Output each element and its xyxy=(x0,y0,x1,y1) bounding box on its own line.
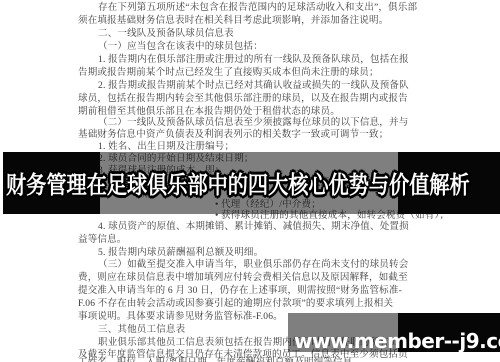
doc-line: 事项说明。具体要求请参见财务监管标准-F.06。 xyxy=(78,312,283,323)
doc-line: 基础财务信息中资产负债表及利润表列示的相关数字一致或可调节一致； xyxy=(78,130,388,141)
article-headline: 财务管理在足球俱乐部中的四大核心优势与价值解析 xyxy=(6,170,476,200)
doc-line: 4. 球员资产的原值、本期摊销、累计摊销、减值损失、期末净值、处置损 xyxy=(98,222,409,233)
doc-line: 三、其他员工信息表 xyxy=(98,325,185,336)
doc-line: 提交准入申请当年的 6 月 30 日，仍存在上述事项，则需按照“财务监管标准- xyxy=(78,286,402,297)
doc-line: 1. 报告期内在俱乐部注册或注册过的所有一线队及预备队球员，包括在报 xyxy=(98,55,409,66)
doc-line: 告期或报告期前某个时点已经发生了直接购买成本但尚未注册的球员； xyxy=(78,68,379,79)
doc-line: 期前租借至其他俱乐部且在本报告期仍处于租借状态的球员。 xyxy=(78,107,340,118)
doc-line: （二）一线队及预备队球员信息表至少须披露每位球员的以下信息，并与 xyxy=(98,118,408,129)
doc-line: 工姓名、职位、入职/离职日期、年度薪酬福利总额及明细等信息。 xyxy=(78,358,362,362)
screenshot-root: 存在下列第五项所述“未包含在报告范围内的足球活动收入和支出”，俱乐部须在填报基础… xyxy=(0,0,500,362)
doc-line: 费，则应在球员信息表中增加填列应付转会费相关信息以及原因解释，如截至 xyxy=(78,273,408,284)
doc-line: 益等信息。 xyxy=(78,235,127,246)
doc-line: 球员，包括在报告期内转会至其他俱乐部注册的球员，以及在报告期内或报告 xyxy=(78,94,408,105)
doc-line: 2. 报告期或报告期前某个时点已经对其确认收益或损失的一线队及预备队 xyxy=(98,81,409,92)
doc-line: （一）应当包含在该表中的球员包括： xyxy=(98,42,263,53)
site-watermark: www.member--j9.com xyxy=(294,330,500,352)
doc-line: （三）如截至提交准入申请当年，职业俱乐部仍存在尚未支付的球员转会 xyxy=(98,260,408,271)
doc-line: 二、一线队及预备队球员信息表 xyxy=(98,29,234,40)
doc-line: 存在下列第五项所述“未包含在报告范围内的足球活动收入和支出”，俱乐部 xyxy=(98,3,417,14)
doc-line: 5. 报告期内球员薪酬福利总额及明细。 xyxy=(98,248,263,259)
doc-line: F.06 不存在由转会活动或因参赛引起的逾期应付款项”的要求填列上报相关 xyxy=(78,299,393,310)
doc-line: 须在填报基础财务信息表时在相关科目考虑此项影响，并添加备注说明。 xyxy=(78,16,388,27)
